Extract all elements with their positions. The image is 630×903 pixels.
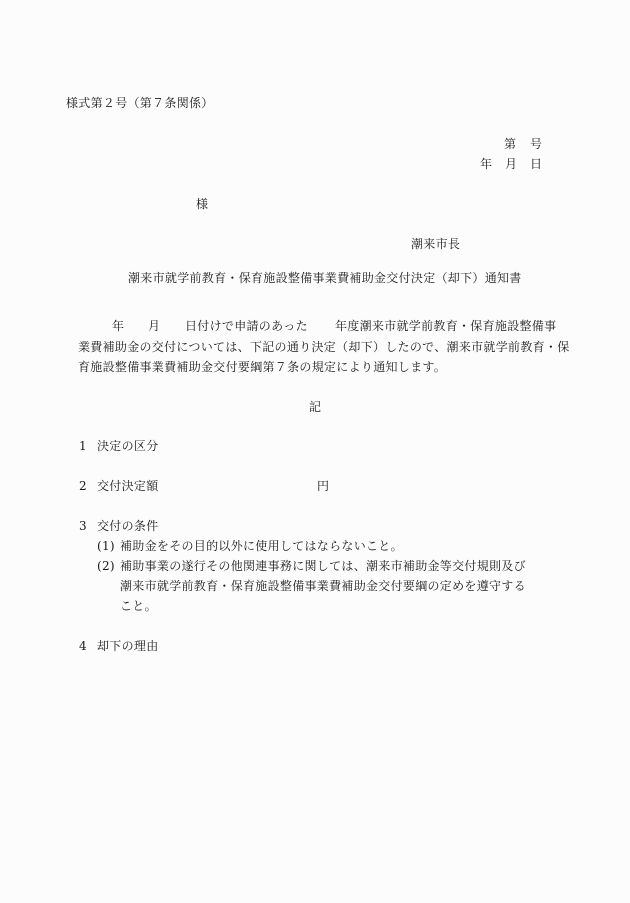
item-2-unit: 円 xyxy=(317,480,329,492)
item-3-number: 3 xyxy=(79,520,87,532)
reference-number-dai: 第 xyxy=(504,138,516,150)
body-year: 年 xyxy=(112,320,124,332)
date-month: 月 xyxy=(505,158,517,170)
condition-1-number: (1) xyxy=(97,540,115,552)
condition-2-text-line3: こと。 xyxy=(120,600,157,612)
item-1-label: 決定の区分 xyxy=(97,440,159,452)
reference-number-go: 号 xyxy=(530,138,542,150)
item-2-number: 2 xyxy=(79,480,87,492)
body-line1-a: 日付けで申請のあった xyxy=(185,320,308,332)
item-3-label: 交付の条件 xyxy=(97,520,159,532)
addressee-suffix: 様 xyxy=(196,198,208,210)
condition-2-number: (2) xyxy=(97,560,115,572)
body-month: 月 xyxy=(148,320,160,332)
body-line1-b: 年度潮来市就学前教育・保育施設整備事 xyxy=(335,320,556,332)
form-number: 様式第２号（第７条関係） xyxy=(66,97,214,109)
item-2-label: 交付決定額 xyxy=(97,480,159,492)
condition-1-text: 補助金をその目的以外に使用してはならないこと。 xyxy=(120,540,403,552)
body-line2: 業費補助金の交付については、下記の通り決定（却下）したので、潮来市就学前教育・保 xyxy=(78,341,570,353)
item-4-label: 却下の理由 xyxy=(97,640,159,652)
issuer-name: 潮来市長 xyxy=(411,238,460,250)
document-title: 潮来市就学前教育・保育施設整備事業費補助金交付決定（却下）通知書 xyxy=(128,272,522,284)
document-page: 様式第２号（第７条関係） 第 号 年 月 日 様 潮来市長 潮来市就学前教育・保… xyxy=(0,0,630,903)
item-4-number: 4 xyxy=(79,640,87,652)
condition-2-text-line1: 補助事業の遂行その他関連事務に関しては、潮来市補助金等交付規則及び xyxy=(120,560,526,572)
ki-heading: 記 xyxy=(309,401,321,413)
condition-2-text-line2: 潮来市就学前教育・保育施設整備事業費補助金交付要綱の定めを遵守する xyxy=(120,580,526,592)
body-line3: 育施設整備事業費補助金交付要綱第７条の規定により通知します。 xyxy=(78,361,446,373)
date-day: 日 xyxy=(530,158,542,170)
date-year: 年 xyxy=(480,158,492,170)
item-1-number: 1 xyxy=(79,440,87,452)
